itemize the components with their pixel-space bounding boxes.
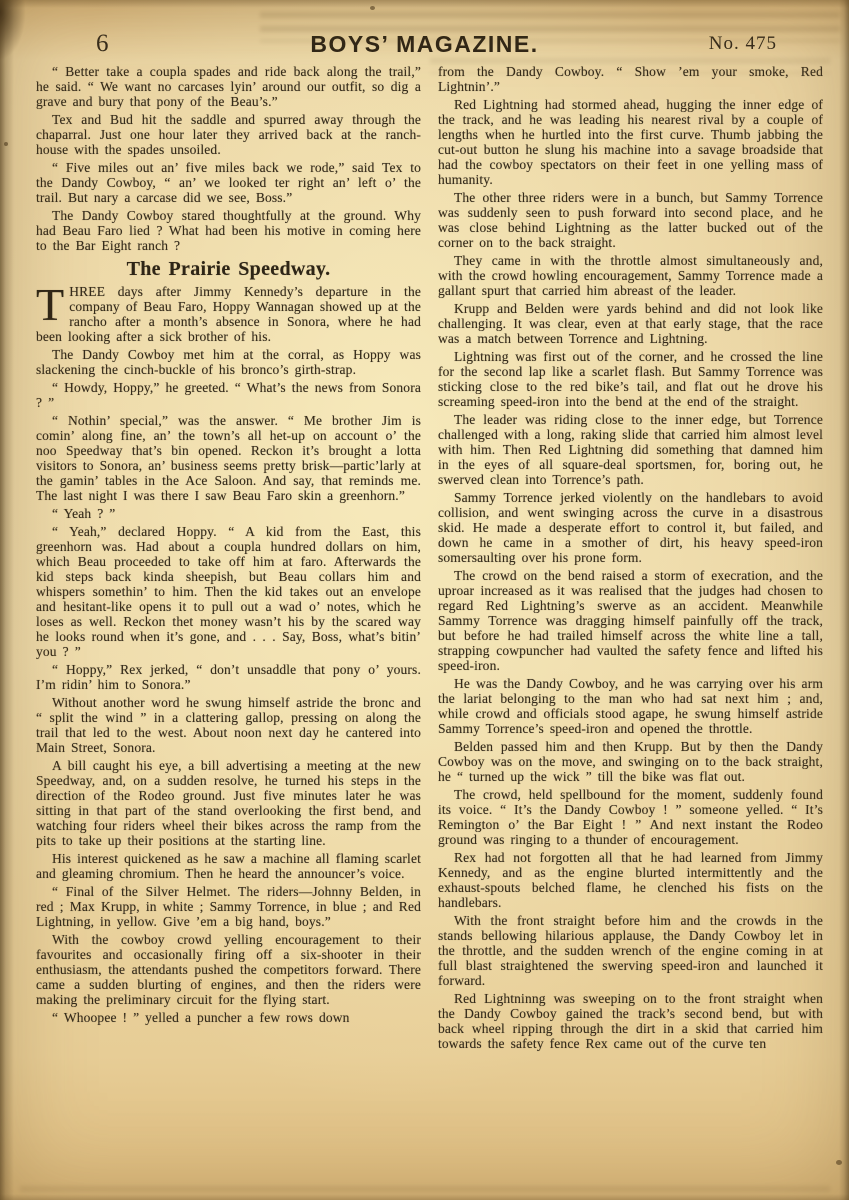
story-paragraph: Rex had not forgotten all that he had le…	[438, 850, 823, 910]
ink-speck	[836, 1160, 842, 1165]
story-paragraph: from the Dandy Cowboy. “ Show ’em your s…	[438, 64, 823, 94]
story-paragraph: Belden passed him and then Krupp. But by…	[438, 739, 823, 784]
story-paragraph: He was the Dandy Cowboy, and he was carr…	[438, 676, 823, 736]
section-heading: The Prairie Speedway.	[36, 262, 421, 277]
story-paragraph: The leader was riding close to the inner…	[438, 412, 823, 487]
scan-corner-blot	[0, 0, 26, 60]
scan-edge-left	[0, 0, 14, 1200]
scan-edge-top	[0, 0, 849, 8]
story-paragraph: They came in with the throttle almost si…	[438, 253, 823, 298]
story-paragraph: Red Lightninng was sweeping on to the fr…	[438, 991, 823, 1051]
text-columns: “ Better take a coupla spades and ride b…	[36, 64, 824, 1186]
ink-speck	[4, 142, 8, 146]
scan-edge-bottom	[0, 1194, 849, 1200]
story-paragraph: “ Nothin’ special,” was the answer. “ Me…	[36, 413, 421, 503]
story-paragraph: “ Yeah ? ”	[36, 506, 421, 521]
story-paragraph: “ Five miles out an’ five miles back we …	[36, 160, 421, 205]
story-paragraph: “ Hoppy,” Rex jerked, “ don’t unsaddle t…	[36, 662, 421, 692]
story-paragraph: His interest quickened as he saw a machi…	[36, 851, 421, 881]
right-column: from the Dandy Cowboy. “ Show ’em your s…	[438, 64, 823, 1186]
story-paragraph: The crowd, held spellbound for the momen…	[438, 787, 823, 847]
magazine-page-scan: 6 BOYS’ MAGAZINE. No. 475 “ Better take …	[0, 0, 849, 1200]
scan-edge-right	[839, 0, 849, 1200]
story-paragraph-dropcap: THREE days after Jimmy Kennedy’s departu…	[36, 284, 421, 344]
story-paragraph: The Dandy Cowboy met him at the corral, …	[36, 347, 421, 377]
story-paragraph: The crowd on the bend raised a storm of …	[438, 568, 823, 673]
drop-cap-letter: T	[36, 284, 69, 325]
story-paragraph: “ Final of the Silver Helmet. The riders…	[36, 884, 421, 929]
ink-speck	[370, 6, 375, 10]
story-paragraph: “ Better take a coupla spades and ride b…	[36, 64, 421, 109]
drop-cap-rest: HREE days after Jimmy Kennedy’s departur…	[36, 284, 421, 344]
story-paragraph: “ Howdy, Hoppy,” he greeted. “ What’s th…	[36, 380, 421, 410]
story-paragraph: Sammy Torrence jerked violently on the h…	[438, 490, 823, 565]
story-paragraph: With the front straight before him and t…	[438, 913, 823, 988]
story-paragraph: Without another word he swung himself as…	[36, 695, 421, 755]
story-paragraph: Tex and Bud hit the saddle and spurred a…	[36, 112, 421, 157]
story-paragraph: The other three riders were in a bunch, …	[438, 190, 823, 250]
story-paragraph: With the cowboy crowd yelling encouragem…	[36, 932, 421, 1007]
story-paragraph: “ Yeah,” declared Hoppy. “ A kid from th…	[36, 524, 421, 659]
story-paragraph: “ Whoopee ! ” yelled a puncher a few row…	[36, 1010, 421, 1025]
issue-number: No. 475	[709, 33, 777, 55]
story-paragraph: Krupp and Belden were yards behind and d…	[438, 301, 823, 346]
story-paragraph: Red Lightning had stormed ahead, hugging…	[438, 97, 823, 187]
story-paragraph: A bill caught his eye, a bill advertisin…	[36, 758, 421, 848]
story-paragraph: The Dandy Cowboy stared thoughtfully at …	[36, 208, 421, 253]
page-header: 6 BOYS’ MAGAZINE. No. 475	[0, 28, 849, 62]
left-column: “ Better take a coupla spades and ride b…	[36, 64, 421, 1186]
story-paragraph: Lightning was first out of the corner, a…	[438, 349, 823, 409]
